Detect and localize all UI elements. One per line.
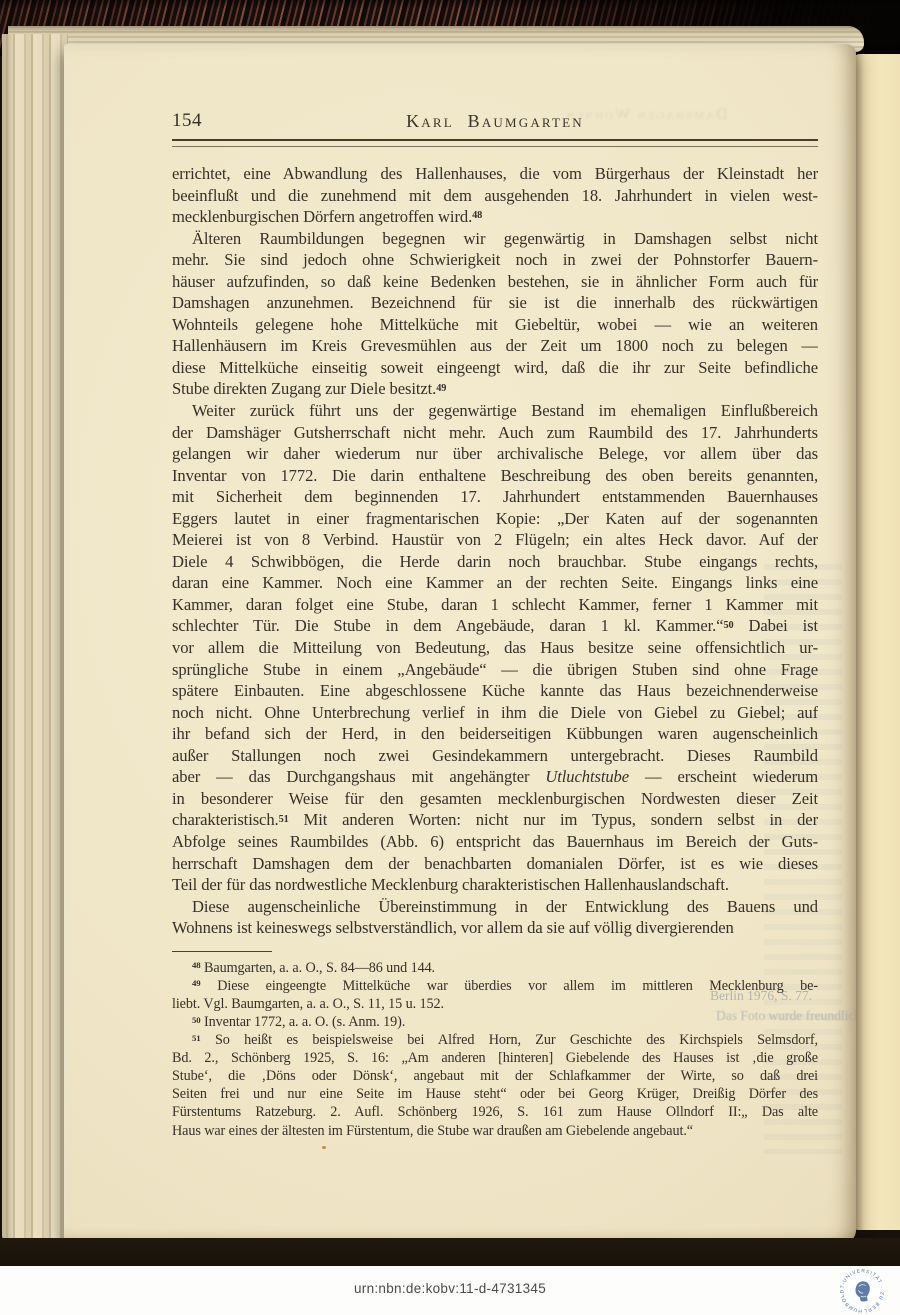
text-line: häuser aufzufinden, so daß keine Bedenke… xyxy=(172,271,818,293)
text-line: spätere Einbauten. Eine abgeschlossene K… xyxy=(172,680,818,702)
text-line: mehr. Sie sind jedoch ohne Schwierigkeit… xyxy=(172,249,818,271)
text-line: mecklenburgischen Dörfern angetroffen wi… xyxy=(172,206,818,228)
text-line: Bd. 2., Schönberg 1925, S. 16: „Am ander… xyxy=(172,1049,818,1067)
text-line: Inventar von 1772. Die darin enthaltene … xyxy=(172,465,818,487)
text-line: diese Mittelküche einseitig soweit einge… xyxy=(172,357,818,379)
text-line: Älteren Raumbildungen begegnen wir gegen… xyxy=(172,228,818,250)
text-line: Stube direkten Zugang zur Diele besitzt.… xyxy=(172,378,818,400)
text-line: außer Stallungen noch zwei Gesindekammer… xyxy=(172,745,818,767)
text-line: Teil der für das nordwestliche Mecklenbu… xyxy=(172,874,818,896)
text-line: herrschaft Damshagen dem der benachbarte… xyxy=(172,853,818,875)
text-line: Abfolge seines Raumbildes (Abb. 6) entsp… xyxy=(172,831,818,853)
text-line: Fürstentums Ratzeburg. 2. Aufl. Schönber… xyxy=(172,1103,818,1121)
urn-label: urn:nbn:de:kobv:11-d-4731345 xyxy=(0,1281,900,1296)
running-head: 154 Karl Baumgarten xyxy=(172,110,818,136)
text-line: Damshagen anzunehmen. Bezeichnend für si… xyxy=(172,292,818,314)
text-line: Stube‘, die ‚Döns oder Dönsk‘, angebaut … xyxy=(172,1067,818,1085)
text-line: beeinflußt und die zunehmend mit dem aus… xyxy=(172,185,818,207)
text-column: 154 Karl Baumgarten errichtet, eine Abwa… xyxy=(172,110,818,1140)
text-line: gelangen wir daher wiederum nur über arc… xyxy=(172,443,818,465)
text-line: Meierei ist von 8 Verbind. Haustür von 2… xyxy=(172,529,818,551)
text-line: 49 Diese eingeengte Mittelküche war über… xyxy=(172,977,818,995)
footnote-separator-rule xyxy=(172,951,272,952)
text-line: 48 Baumgarten, a. a. O., S. 84—86 und 14… xyxy=(172,959,818,977)
footnotes: 48 Baumgarten, a. a. O., S. 84—86 und 14… xyxy=(172,959,818,1140)
text-line: Hallenhäusern im Kreis Grevesmühlen aus … xyxy=(172,335,818,357)
book-scan-viewer: Damshagen Wohnen Berlin 1976, S. 77. Das… xyxy=(0,0,900,1315)
text-line: Eggers lautet in einer fragmentarischen … xyxy=(172,508,818,530)
text-line: Haus war eines der ältesten im Fürstentu… xyxy=(172,1122,818,1140)
running-title: Karl Baumgarten xyxy=(172,111,818,132)
text-line: Wohnteils gelegene hohe Mittelküche mit … xyxy=(172,314,818,336)
humboldt-university-seal-logo: HUMBOLDT-UNIVERSITÄT · ZU BERLIN · xyxy=(839,1268,885,1314)
body-text: errichtet, eine Abwandlung des Hallenhau… xyxy=(172,163,818,939)
text-line: 50 Inventar 1772, a. a. O. (s. Anm. 19). xyxy=(172,1013,818,1031)
book-bottom-shadow xyxy=(0,1238,900,1268)
text-line: in besonderer Weise für den gesamten mec… xyxy=(172,788,818,810)
text-line: sprüngliche Stube in einem „Angebäude“ —… xyxy=(172,659,818,681)
page-speck xyxy=(322,1146,326,1149)
text-line: daran eine Kammer. Noch eine Kammer an d… xyxy=(172,572,818,594)
text-line: Diese augenscheinliche Übereinstimmung i… xyxy=(172,896,818,918)
text-line: Diele 4 Schwibbögen, die Herde darin noc… xyxy=(172,551,818,573)
header-rule xyxy=(172,139,818,147)
book-page: Damshagen Wohnen Berlin 1976, S. 77. Das… xyxy=(64,44,856,1244)
text-line: noch nicht. Ohne Unterbrechung verlief i… xyxy=(172,702,818,724)
text-line: liebt. Vgl. Baumgarten, a. a. O., S. 11,… xyxy=(172,995,818,1013)
text-line: vor allem die Mitteilung von Bedeutung, … xyxy=(172,637,818,659)
text-line: Wohnens ist keineswegs selbstverständlic… xyxy=(172,917,818,939)
text-line: Seiten frei und nur eine Seite im Hause … xyxy=(172,1085,818,1103)
text-line: 51 So heißt es beispielsweise bei Alfred… xyxy=(172,1031,818,1049)
text-line: schlechter Tür. Die Stube in dem Angebäu… xyxy=(172,615,818,637)
text-line: der Damshäger Gutsherrschaft nicht mehr.… xyxy=(172,422,818,444)
text-line: ihr befand sich der Herd, in den beiders… xyxy=(172,723,818,745)
page-stack-left-edge xyxy=(2,34,68,1240)
facing-page-edge xyxy=(852,54,900,1230)
text-line: mit Sicherheit dem beginnenden 17. Jahrh… xyxy=(172,486,818,508)
viewer-footer-bar: urn:nbn:de:kobv:11-d-4731345 HUMBOLDT-UN… xyxy=(0,1266,900,1315)
text-line: Weiter zurück führt uns der gegenwärtige… xyxy=(172,400,818,422)
text-line: Kammer, daran folget eine Stube, daran 1… xyxy=(172,594,818,616)
text-line: charakteristisch.51 Mit anderen Worten: … xyxy=(172,809,818,831)
text-line: errichtet, eine Abwandlung des Hallenhau… xyxy=(172,163,818,185)
text-line: aber — das Durchgangshaus mit angehängte… xyxy=(172,766,818,788)
